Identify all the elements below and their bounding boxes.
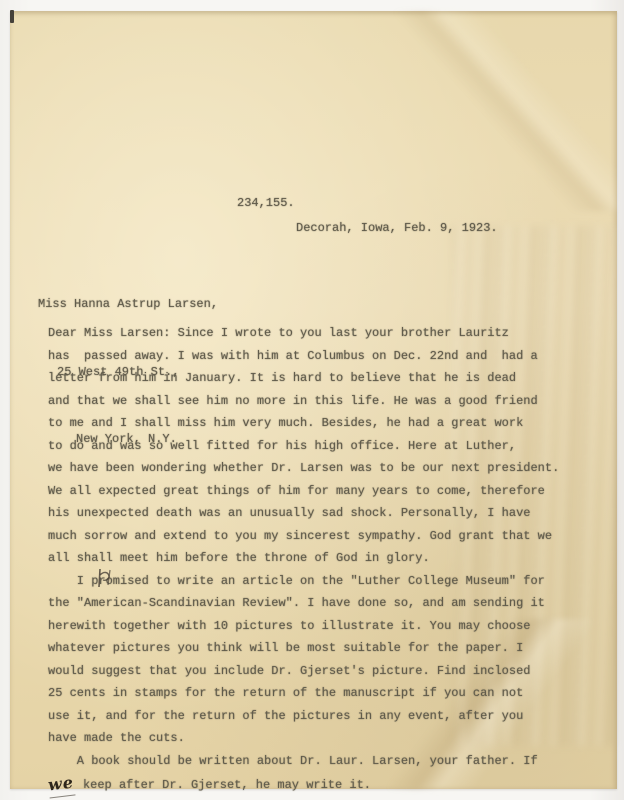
body-line-last-typed: keep after Dr. Gjerset, he may write it. (83, 778, 371, 792)
body-line-with-correction: I promised to write an article on the "L… (48, 570, 559, 593)
body-line: to me and I shall miss him very much. Be… (48, 412, 559, 435)
body-line: his unexpected death was an unusually sa… (48, 502, 559, 525)
body-line: and that we shall see him no more in thi… (48, 390, 559, 413)
body-line: use it, and for the return of the pictur… (48, 705, 559, 728)
body-line: to do and was so well fitted for his hig… (48, 435, 559, 458)
file-number: 234,155. (237, 196, 295, 210)
body-line: much sorrow and extend to you my sincere… (48, 525, 559, 548)
body-line: We all expected great things of him for … (48, 480, 559, 503)
body-line: have made the cuts. (48, 727, 559, 750)
paper-crease-top-right (387, 11, 617, 211)
body-line: Dear Miss Larsen: Since I wrote to you l… (48, 322, 559, 345)
body-line: 25 cents in stamps for the return of the… (48, 682, 559, 705)
handwritten-we: we (47, 771, 76, 797)
paper-nick (10, 10, 14, 23)
body-line: herewith together with 10 pictures to il… (48, 615, 559, 638)
body-line: would suggest that you include Dr. Gjers… (48, 660, 559, 683)
body-line: all shall meet him before the throne of … (48, 547, 559, 570)
dateline: Decorah, Iowa, Feb. 9, 1923. (296, 221, 498, 235)
scanned-letter-page: { "letter": { "file_number": "234,155.",… (0, 0, 624, 800)
body-line: whatever pictures you think will be most… (48, 637, 559, 660)
body-line: we have been wondering whether Dr. Larse… (48, 457, 559, 480)
body-line: the "American-Scandinavian Review". I ha… (48, 592, 559, 615)
body-line: has passed away. I was with him at Colum… (48, 345, 559, 368)
body-line: A book should be written about Dr. Laur.… (48, 750, 559, 773)
body-line: letter from him in January. It is hard t… (48, 367, 559, 390)
body-line-last: wekeep after Dr. Gjerset, he may write i… (48, 772, 559, 795)
letter-paper: 234,155. Decorah, Iowa, Feb. 9, 1923. Mi… (10, 11, 617, 789)
address-line-name: Miss Hanna Astrup Larsen, (38, 293, 218, 316)
letter-body: Dear Miss Larsen: Since I wrote to you l… (48, 322, 559, 795)
